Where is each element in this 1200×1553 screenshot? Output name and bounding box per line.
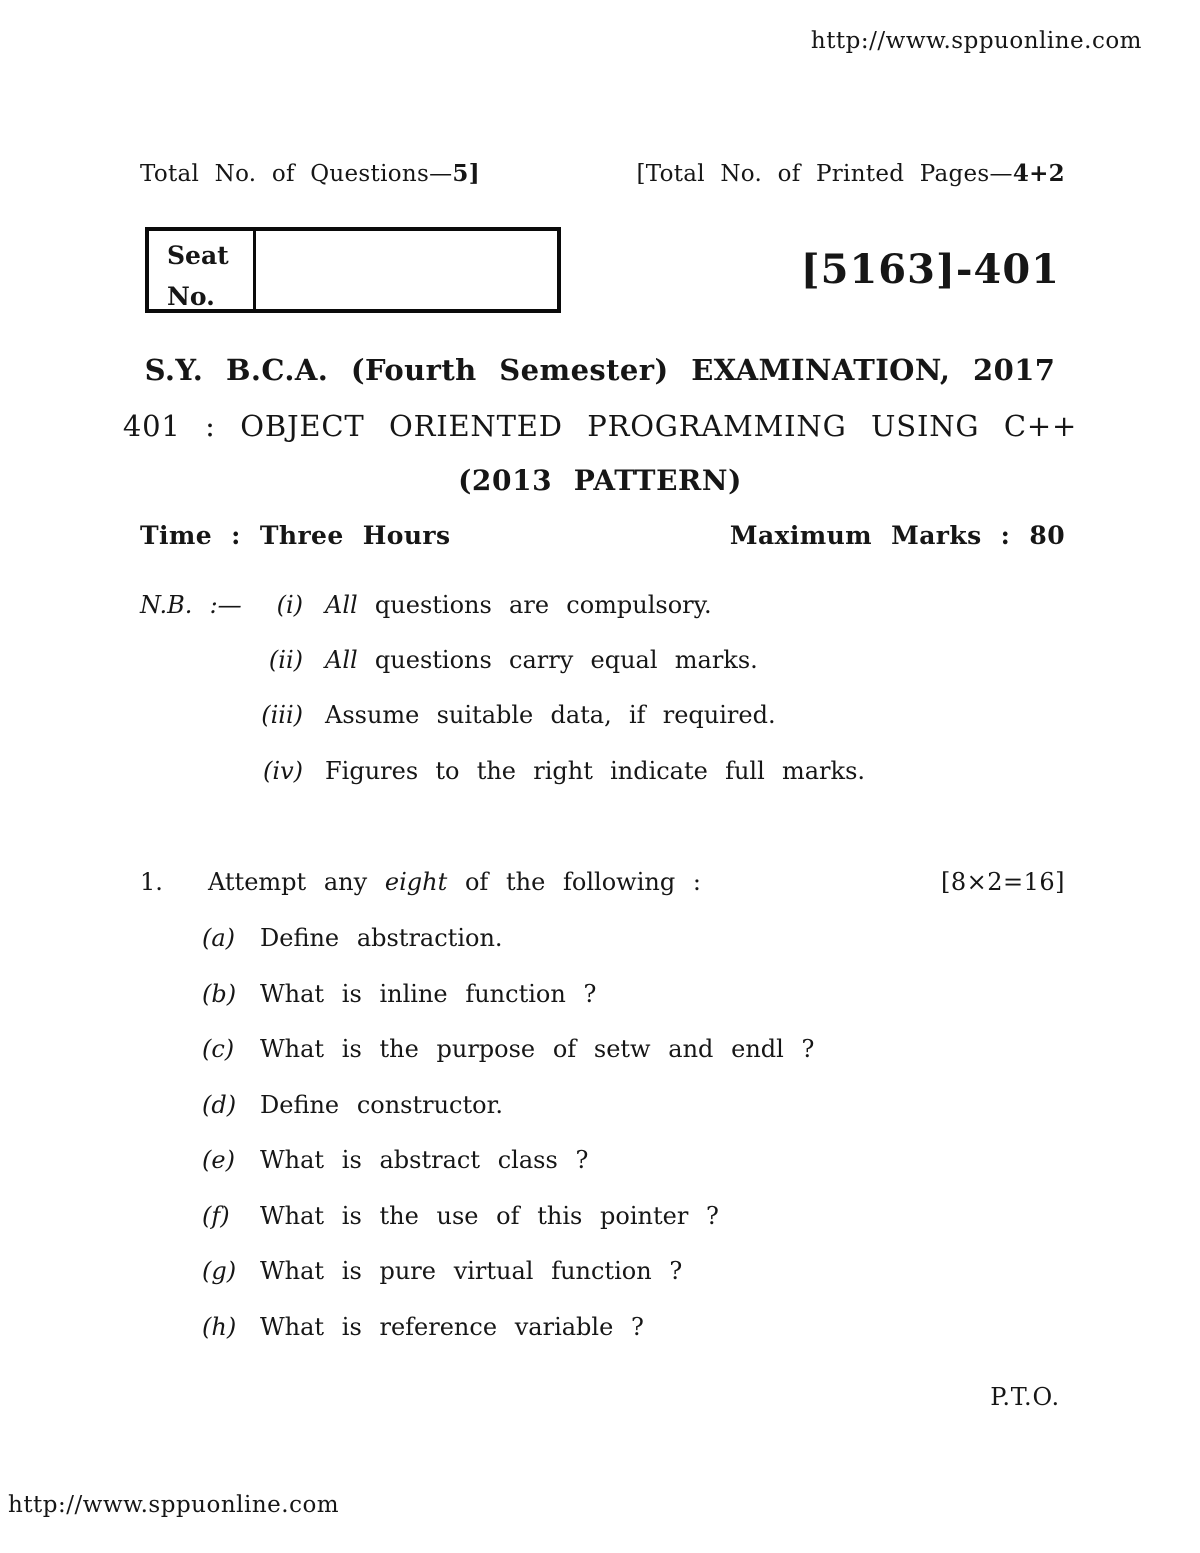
total-questions-note: Total No. of Questions—5]: [140, 160, 480, 187]
sub-question-a: (a) Define abstraction.: [202, 924, 503, 952]
nb-item-number: (i): [245, 591, 303, 619]
seat-label-line1: Seat: [167, 236, 253, 277]
sub-question-label: (f): [202, 1202, 246, 1230]
nb-item-number: (iii): [245, 701, 303, 729]
printed-pages-note: [Total No. of Printed Pages—4+2: [636, 160, 1065, 187]
nb-instruction-1: N.B. :— (i) All questions are compulsory…: [140, 591, 712, 619]
nb-item-text: Assume suitable data, if required.: [325, 701, 776, 729]
exam-title: S.Y. B.C.A. (Fourth Semester) EXAMINATIO…: [0, 353, 1200, 387]
sub-question-g: (g) What is pure virtual function ?: [202, 1257, 682, 1285]
sub-question-label: (h): [202, 1313, 246, 1341]
paper-number: [5163]-401: [801, 246, 1060, 293]
sub-question-text: Define constructor.: [260, 1091, 503, 1119]
watermark-url-bottom: http://www.sppuonline.com: [8, 1492, 339, 1518]
question-1-number: 1.: [140, 868, 208, 896]
watermark-url-top: http://www.sppuonline.com: [811, 28, 1142, 54]
nb-label: N.B. :—: [140, 591, 245, 619]
nb-item-text: Figures to the right indicate full marks…: [325, 757, 865, 785]
question-1-marks: [8×2=16]: [941, 868, 1065, 896]
sub-question-label: (c): [202, 1035, 246, 1063]
nb-item-text: All questions are compulsory.: [325, 591, 712, 619]
subject-title: 401 : OBJECT ORIENTED PROGRAMMING USING …: [0, 409, 1200, 443]
printed-pages-text: [Total No. of Printed Pages—: [636, 161, 1012, 187]
sub-question-text: What is reference variable ?: [260, 1313, 644, 1341]
sub-question-f: (f) What is the use of this pointer ?: [202, 1202, 719, 1230]
nb-instruction-2: (ii) All questions carry equal marks.: [140, 646, 758, 674]
nb-item-text: All questions carry equal marks.: [325, 646, 758, 674]
sub-question-label: (d): [202, 1091, 246, 1119]
sub-question-label: (b): [202, 980, 246, 1008]
question-1-heading: 1. Attempt any eight of the following :: [140, 868, 701, 896]
sub-question-text: What is abstract class ?: [260, 1146, 588, 1174]
seat-number-field: [256, 231, 557, 309]
sub-question-label: (g): [202, 1257, 246, 1285]
question-1-text: Attempt any eight of the following :: [208, 868, 701, 896]
sub-question-e: (e) What is abstract class ?: [202, 1146, 588, 1174]
nb-instruction-4: (iv) Figures to the right indicate full …: [140, 757, 865, 785]
sub-question-text: What is inline function ?: [260, 980, 596, 1008]
sub-question-text: Define abstraction.: [260, 924, 503, 952]
page-turn-over-note: P.T.O.: [990, 1383, 1060, 1411]
seat-number-box: Seat No.: [145, 227, 561, 313]
total-questions-text: Total No. of Questions—: [140, 161, 452, 187]
sub-question-text: What is the use of this pointer ?: [260, 1202, 719, 1230]
sub-question-label: (e): [202, 1146, 246, 1174]
time-allowed: Time : Three Hours: [140, 521, 450, 550]
nb-item-number: (ii): [245, 646, 303, 674]
nb-item-number: (iv): [245, 757, 303, 785]
printed-pages-count: 4+2: [1013, 160, 1065, 187]
sub-question-c: (c) What is the purpose of setw and endl…: [202, 1035, 814, 1063]
seat-number-label: Seat No.: [149, 231, 256, 309]
sub-question-d: (d) Define constructor.: [202, 1091, 503, 1119]
nb-instruction-3: (iii) Assume suitable data, if required.: [140, 701, 776, 729]
sub-question-label: (a): [202, 924, 246, 952]
total-questions-count: 5]: [452, 160, 480, 187]
seat-label-line2: No.: [167, 277, 253, 318]
sub-question-h: (h) What is reference variable ?: [202, 1313, 644, 1341]
sub-question-text: What is pure virtual function ?: [260, 1257, 682, 1285]
sub-question-text: What is the purpose of setw and endl ?: [260, 1035, 814, 1063]
sub-question-b: (b) What is inline function ?: [202, 980, 596, 1008]
maximum-marks: Maximum Marks : 80: [730, 521, 1065, 550]
exam-paper-page: http://www.sppuonline.com Total No. of Q…: [0, 0, 1200, 1553]
pattern-title: (2013 PATTERN): [0, 464, 1200, 497]
